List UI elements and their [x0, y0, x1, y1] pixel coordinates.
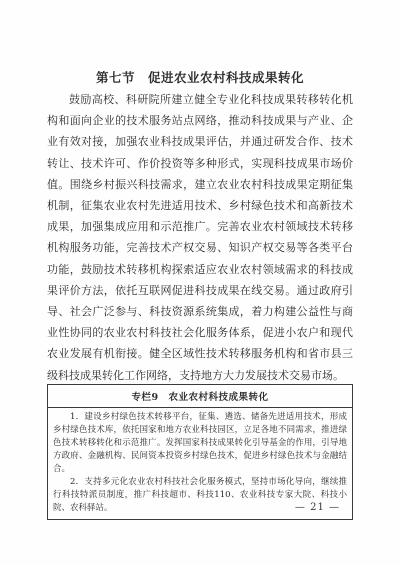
page-number: — 21 —	[295, 502, 340, 513]
highlight-box: 专栏9 农业农村科技成果转化 1．建设乡村绿色技术转移平台，征集、遴选、储备先进…	[47, 384, 353, 520]
document-page: 第七节 促进农业农村科技成果转化 鼓励高校、科研院所建立健全专业化科技成果转移转…	[0, 0, 400, 565]
body-paragraph: 鼓励高校、科研院所建立健全专业化科技成果转移转化机构和面向企业的技术服务站点网络…	[47, 89, 353, 386]
highlight-box-title: 专栏9 农业农村科技成果转化	[48, 385, 352, 408]
section-title: 第七节 促进农业农村科技成果转化	[0, 68, 400, 86]
highlight-box-item-1: 1．建设乡村绿色技术转移平台，征集、遴选、储备先进适用技术，形成乡村绿色技术库，…	[53, 411, 347, 476]
